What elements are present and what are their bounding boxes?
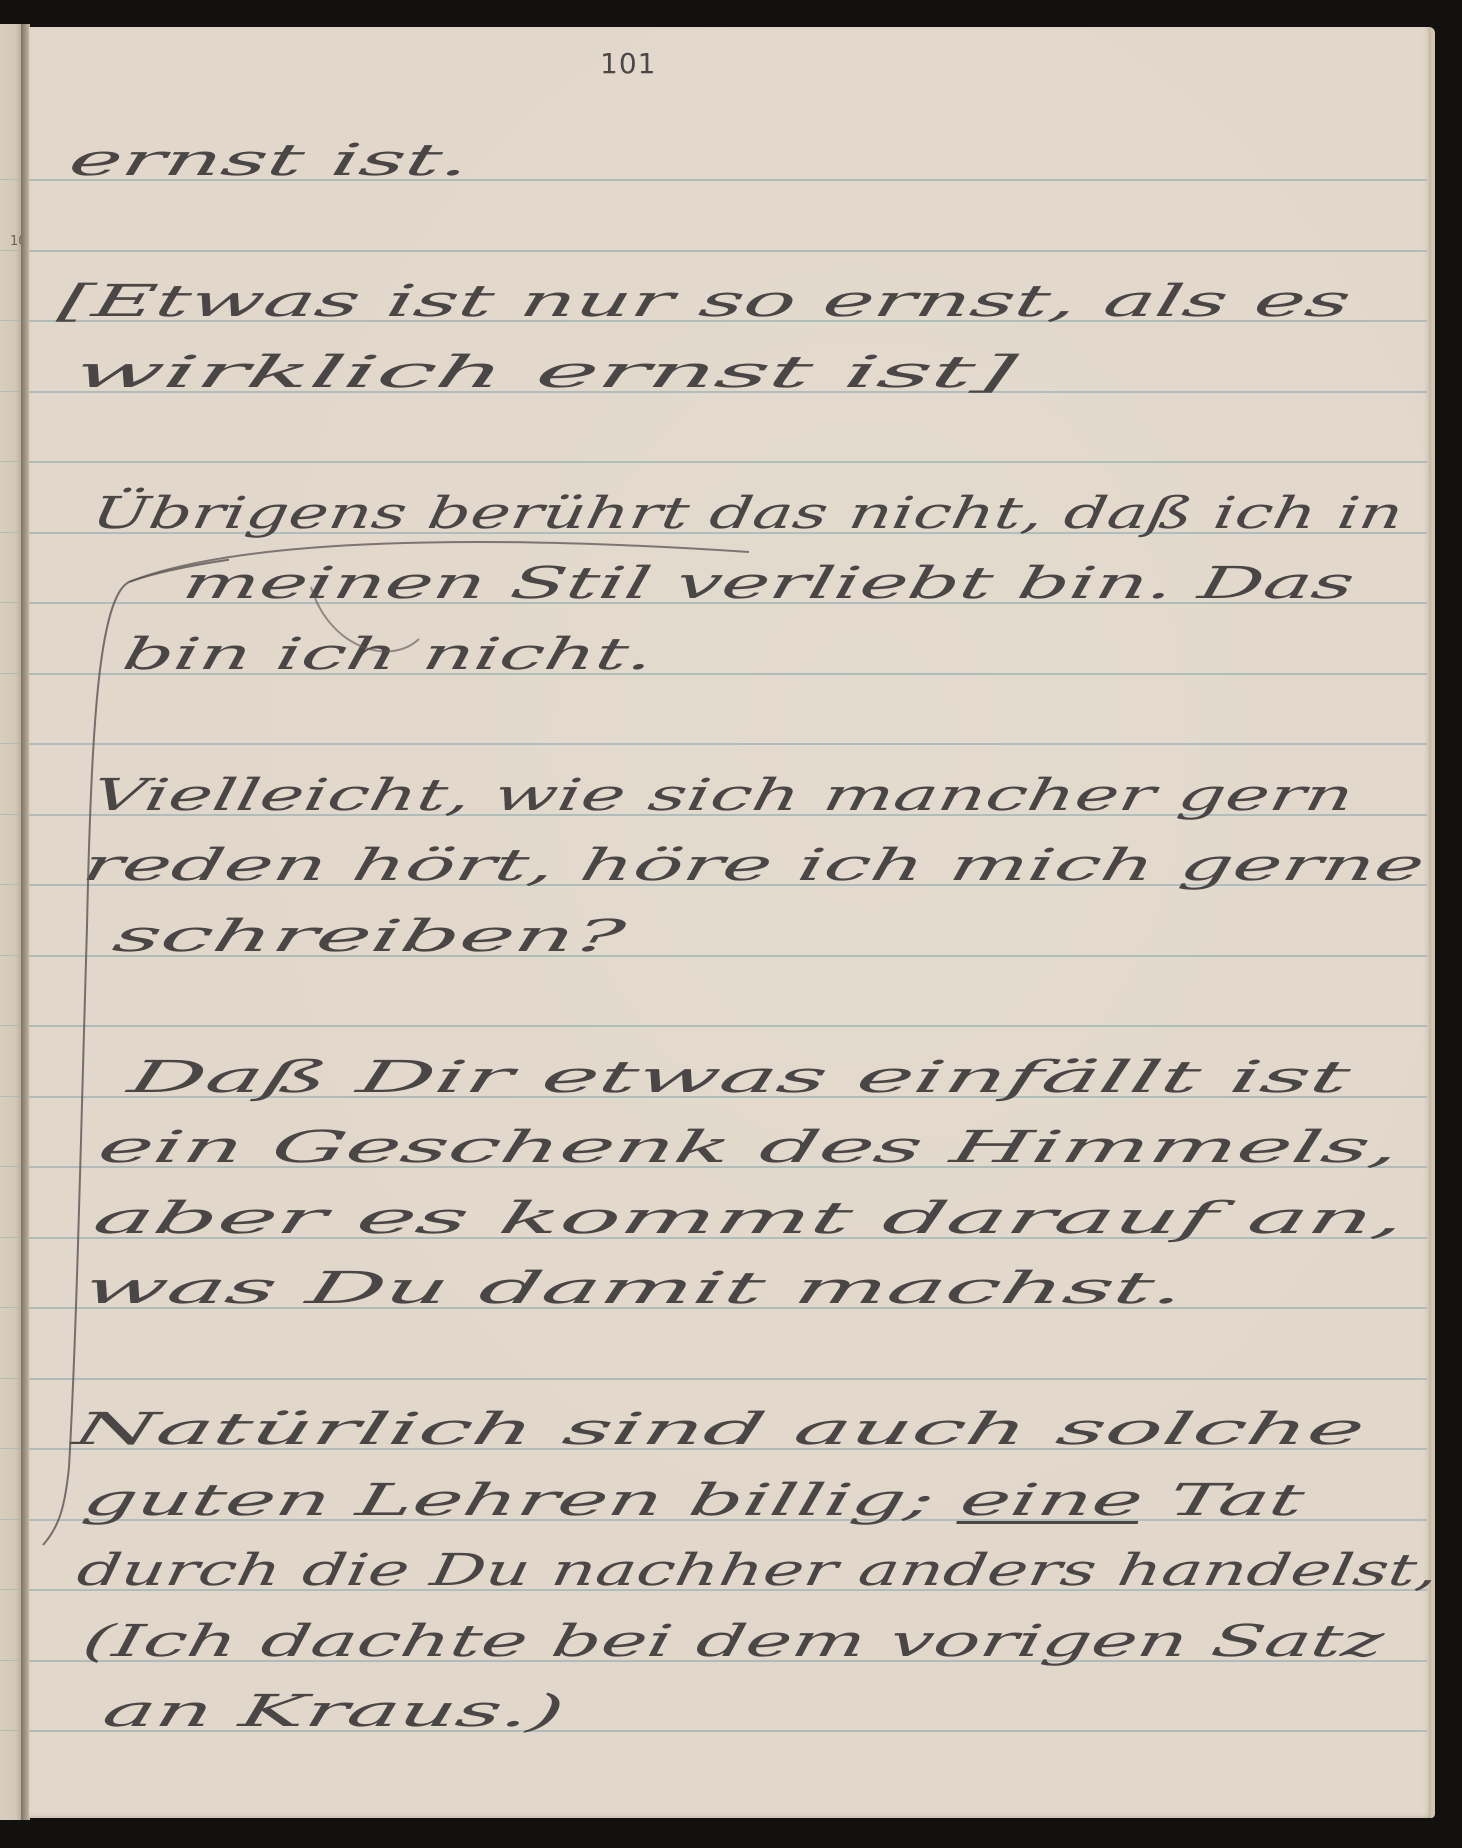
handwritten-line: wirklich ernst ist] <box>69 351 1020 395</box>
facing-ruled-line <box>0 1378 22 1379</box>
facing-ruled-line <box>0 461 22 462</box>
handwritten-line: ein Geschenk des Himmels, <box>94 1126 1404 1170</box>
handwritten-line: aber es kommt darauf an, <box>89 1197 1410 1241</box>
handwritten-line: Übrigens berührt das nicht, daß ich in <box>89 492 1406 536</box>
handwritten-line: an Kraus.) <box>99 1690 568 1734</box>
scan-stage: 10 101 ernst ist.[Etwas ist nur so ernst… <box>0 0 1462 1848</box>
handwritten-line: [Etwas ist nur so ernst, als es <box>55 280 1354 324</box>
page-number: 101 <box>600 47 656 80</box>
handwritten-line: schreiben? <box>109 915 629 959</box>
handwritten-line: Natürlich sind auch solche <box>69 1408 1369 1452</box>
facing-ruled-line <box>0 320 22 321</box>
facing-ruled-line <box>0 179 22 180</box>
facing-ruled-line <box>0 532 22 533</box>
handwritten-line: was Du damit machst. <box>79 1267 1189 1311</box>
facing-ruled-line <box>0 673 22 674</box>
facing-ruled-line <box>0 1307 22 1308</box>
facing-page-edge: 10 <box>0 24 22 1820</box>
handwritten-line: ernst ist. <box>65 139 474 183</box>
facing-ruled-line <box>0 1237 22 1238</box>
handwritten-line: guten Lehren billig; eine Tat <box>79 1479 1308 1523</box>
handwritten-line: Vielleicht, wie sich mancher gern <box>89 774 1357 818</box>
facing-ruled-line <box>0 884 22 885</box>
facing-ruled-line <box>0 1730 22 1731</box>
facing-ruled-line <box>0 1025 22 1026</box>
facing-ruled-line <box>0 1448 22 1449</box>
facing-ruled-line <box>0 602 22 603</box>
ruled-line <box>29 1378 1427 1380</box>
underlined-word: eine <box>956 1475 1148 1526</box>
line-text: Tat <box>1137 1475 1308 1526</box>
facing-ruled-line <box>0 814 22 815</box>
ruled-line <box>29 743 1427 745</box>
notebook-page: 101 ernst ist.[Etwas ist nur so ernst, a… <box>29 27 1435 1818</box>
ruled-line <box>29 250 1427 252</box>
ruled-line <box>29 461 1427 463</box>
facing-ruled-line <box>0 743 22 744</box>
facing-ruled-line <box>0 1166 22 1167</box>
handwritten-line: bin ich nicht. <box>119 633 657 677</box>
facing-ruled-line <box>0 955 22 956</box>
facing-ruled-line <box>0 391 22 392</box>
line-text: guten Lehren billig; <box>78 1475 966 1526</box>
facing-ruled-line <box>0 1519 22 1520</box>
handwritten-line: meinen Stil verliebt bin. Das <box>179 562 1358 606</box>
handwritten-line: Daß Dir etwas einfällt ist <box>124 1056 1354 1100</box>
facing-ruled-line <box>0 250 22 251</box>
facing-ruled-line <box>0 1589 22 1590</box>
facing-ruled-line <box>0 1660 22 1661</box>
handwritten-line: reden hört, höre ich mich gerne <box>79 844 1428 888</box>
facing-ruled-line <box>0 1096 22 1097</box>
handwritten-line: (Ich dachte bei dem vorigen Satz <box>79 1620 1387 1664</box>
handwritten-line: durch die Du nachher anders handelst, <box>74 1549 1442 1593</box>
ruled-line <box>29 1025 1427 1027</box>
